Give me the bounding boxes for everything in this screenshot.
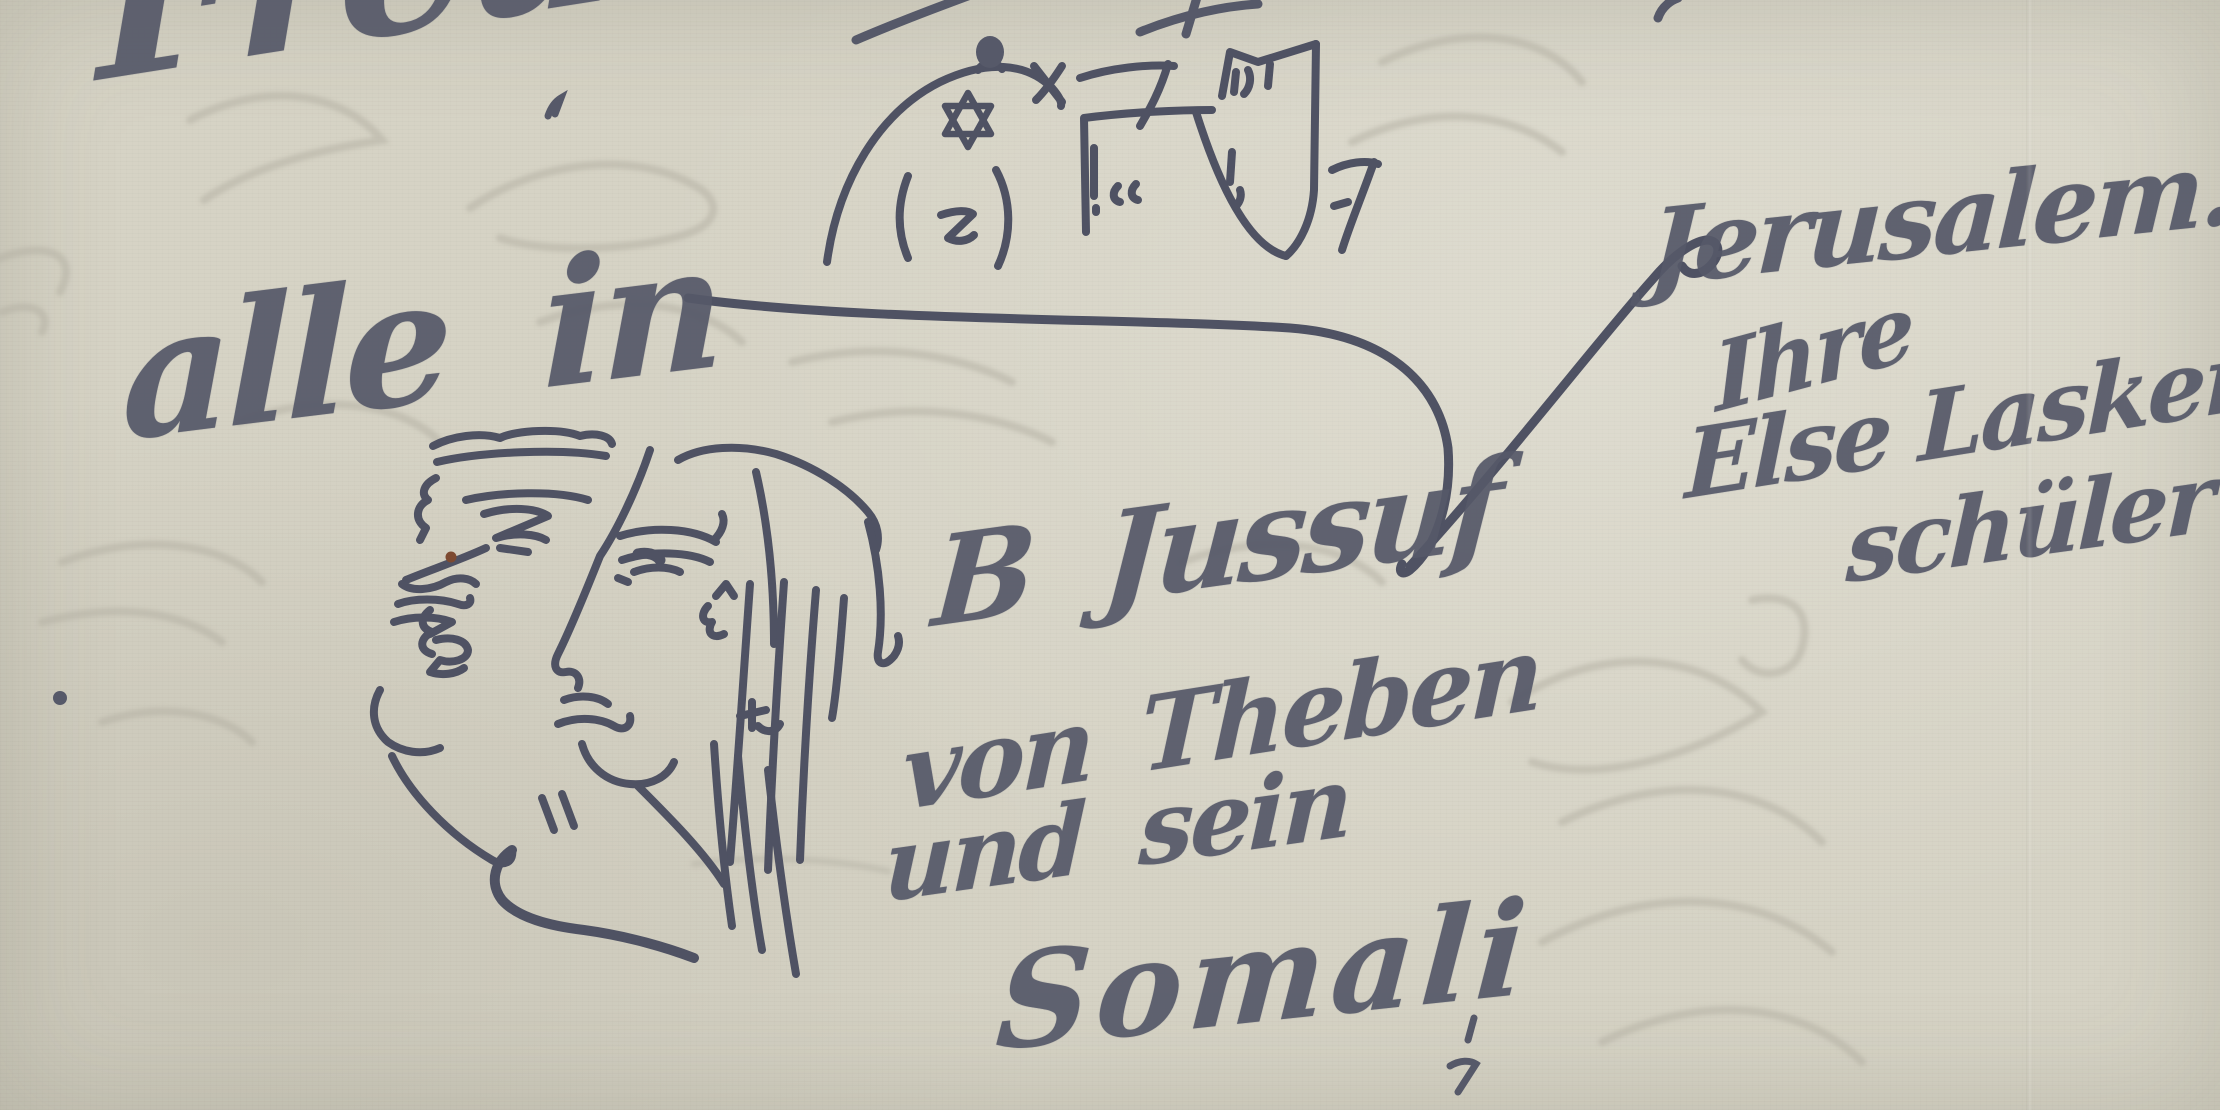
- left-face: [374, 431, 612, 863]
- right-brow: [620, 530, 716, 542]
- cheek-mark: [703, 606, 724, 636]
- small-seven-mark: [1332, 162, 1378, 250]
- dome-outline: [827, 67, 1061, 262]
- dome-finial-knob: [976, 36, 1004, 68]
- tick-mark: [548, 98, 561, 116]
- letter-page: Freunde alle in Jerusalem. Ihre Else Las…: [0, 0, 2220, 1110]
- small-seven: [1450, 1061, 1476, 1092]
- hebrew-letter-in-parentheses: [900, 170, 1009, 266]
- headband-front: [418, 478, 436, 540]
- left-eye-flick: [500, 548, 528, 552]
- right-lip1: [564, 697, 608, 704]
- neck-strand-3: [768, 770, 796, 974]
- right-face: [542, 448, 899, 974]
- cheek-caret: [716, 584, 734, 596]
- ink-dot: [53, 691, 67, 705]
- right-eye-dash: [618, 578, 628, 582]
- chin-dashes: [542, 794, 574, 830]
- left-lip1: [398, 598, 470, 605]
- neck-strand-2: [738, 756, 762, 950]
- headband-lower: [466, 493, 588, 500]
- star-of-david-icon: [945, 93, 991, 147]
- cutoff-top-strokes: [856, 0, 1678, 40]
- right-jaw-neck: [638, 786, 724, 884]
- left-nose: [406, 548, 486, 580]
- hair-outer: [868, 522, 899, 663]
- two-profile-faces-drawing: [374, 431, 899, 974]
- left-brow-eye: [484, 509, 548, 540]
- headband-bottom: [437, 452, 606, 462]
- shoulder-hook: [495, 850, 694, 958]
- paper-crease: [2026, 0, 2033, 1110]
- right-eye-bottom: [634, 568, 680, 573]
- left-chin-scribble: [430, 638, 468, 674]
- hair-strand-4: [832, 598, 844, 718]
- house-left: [1084, 110, 1212, 232]
- right-brow-flick: [714, 514, 724, 540]
- right-chin: [582, 744, 674, 784]
- left-neck: [392, 756, 512, 863]
- house-right: [1196, 44, 1316, 256]
- brown-ink-dot: [446, 552, 457, 563]
- right-lip2: [558, 716, 630, 728]
- hair-part: [756, 472, 774, 644]
- jerusalem-skyline-drawing: [827, 36, 1378, 266]
- hair-strand-3: [800, 590, 816, 860]
- left-jaw: [374, 690, 440, 752]
